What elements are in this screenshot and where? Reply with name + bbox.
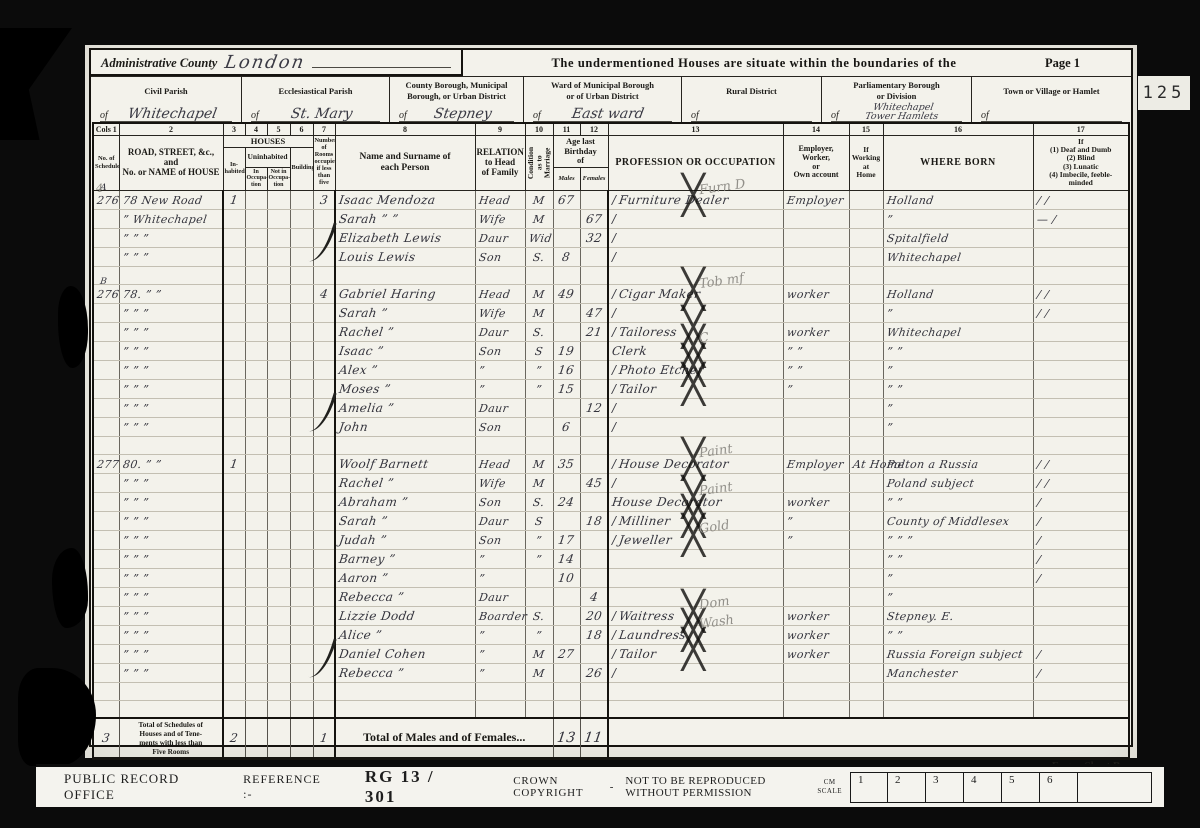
occupation-cell xyxy=(608,568,783,587)
where-born-cell: ” xyxy=(883,209,1033,228)
address-cell: ” ” ” xyxy=(119,473,223,492)
district-value: Whitechapel Tower Hamlets xyxy=(864,103,940,121)
at-home-cell xyxy=(849,700,883,718)
where-born-cell: ” xyxy=(883,398,1033,417)
address-cell xyxy=(119,682,223,700)
condition-cell: M xyxy=(525,284,553,303)
boundaries-text: The undermentioned Houses are situate wi… xyxy=(463,56,1045,71)
at-home-cell xyxy=(849,209,883,228)
empty-cell xyxy=(245,718,267,758)
handwritten-text: Employer xyxy=(786,459,844,470)
handwritten-text: S. xyxy=(532,497,545,508)
rooms-cell xyxy=(313,549,335,568)
district-value-line: ofEast ward xyxy=(533,103,672,122)
district-value-line: ofStepney xyxy=(399,103,514,122)
relation-cell xyxy=(475,436,525,454)
handwritten-text: Stepney. E. xyxy=(886,611,954,622)
building-cell xyxy=(290,700,313,718)
tally-mark: / xyxy=(612,193,616,207)
handwritten-text: M xyxy=(532,308,545,319)
header-rooms: Number of Rooms occupied if less than fi… xyxy=(313,135,335,190)
uninhabited-not-occupied-cell xyxy=(267,568,290,587)
handwritten-text: Photo Etcher xyxy=(618,364,704,376)
uninhabited-occupied-cell xyxy=(245,209,267,228)
age-female-cell xyxy=(580,360,608,379)
inhabited-cell xyxy=(223,682,245,700)
employer-cell: worker xyxy=(783,322,849,341)
relation-cell xyxy=(475,682,525,700)
relation-cell: ” xyxy=(475,549,525,568)
census-row: ” ” ”Rebecca ”Daur4” xyxy=(93,587,1129,606)
infirmity-cell: / / xyxy=(1033,303,1129,322)
where-born-cell: Manchester xyxy=(883,663,1033,682)
handwritten-text: 276 xyxy=(96,195,120,206)
uninhabited-occupied-cell xyxy=(245,190,267,209)
infirmity-cell: / xyxy=(1033,549,1129,568)
totals-females-cell: 11 xyxy=(580,718,608,758)
condition-cell xyxy=(525,700,553,718)
handwritten-text: Rachel ” xyxy=(338,477,395,489)
census-row: ” ” ”Sarah ”DaurS18/Milliner╳”County of … xyxy=(93,511,1129,530)
at-home-cell xyxy=(849,644,883,663)
schedule-number-cell xyxy=(93,417,119,436)
district-field-5: Rural Districtof xyxy=(681,77,821,122)
where-born-cell xyxy=(883,436,1033,454)
inhabited-cell xyxy=(223,606,245,625)
uninhabited-occupied-cell xyxy=(245,266,267,284)
where-born-cell: Holland xyxy=(883,190,1033,209)
totals-rooms-cell: 1 xyxy=(313,718,335,758)
handwritten-text: ” xyxy=(886,403,894,414)
relation-cell: ” xyxy=(475,360,525,379)
condition-cell: ” xyxy=(525,625,553,644)
address-cell: ” ” ” xyxy=(119,568,223,587)
at-home-cell xyxy=(849,682,883,700)
of-prefix: of xyxy=(399,110,407,121)
uninhabited-not-occupied-cell xyxy=(267,360,290,379)
header-where-born: WHERE BORN xyxy=(883,135,1033,190)
occupation-cell: / xyxy=(608,473,783,492)
handwritten-text: 32 xyxy=(585,232,603,244)
inhabited-cell xyxy=(223,284,245,303)
handwritten-text: ” ” xyxy=(886,630,903,641)
handwritten-text: 35 xyxy=(558,458,576,470)
handwritten-text: Lizzie Dodd xyxy=(338,610,416,622)
employer-cell xyxy=(783,266,849,284)
handwritten-text: Sarah ” ” xyxy=(338,213,399,225)
person-name-cell: Sarah ” xyxy=(335,303,475,322)
uninhabited-not-occupied-cell xyxy=(267,284,290,303)
administrative-county-label: Administrative County xyxy=(101,56,217,71)
census-row: ” WhitechapelSarah ” ”WifeM67/”— / xyxy=(93,209,1129,228)
uninhabited-not-occupied-cell xyxy=(267,341,290,360)
building-cell xyxy=(290,266,313,284)
page-number: Page 1 xyxy=(1045,56,1131,71)
at-home-cell xyxy=(849,228,883,247)
handwritten-text: 4 xyxy=(319,288,329,300)
condition-cell: ” xyxy=(525,379,553,398)
inhabited-cell xyxy=(223,473,245,492)
person-name-cell xyxy=(335,266,475,284)
schedule-number-cell xyxy=(93,644,119,663)
schedule-number-cell xyxy=(93,379,119,398)
address-cell: ” ” ” xyxy=(119,379,223,398)
relation-cell: Head xyxy=(475,454,525,473)
handwritten-text: Cigar Maker xyxy=(618,288,701,300)
rooms-cell xyxy=(313,663,335,682)
address-cell: ” ” ” xyxy=(119,398,223,417)
relation-cell: Daur xyxy=(475,398,525,417)
handwritten-text: ” xyxy=(886,592,894,603)
age-female-cell xyxy=(580,417,608,436)
schedule-number-cell xyxy=(93,247,119,266)
schedule-number-cell xyxy=(93,436,119,454)
occupation-cell: /Photo Etcher╳ xyxy=(608,360,783,379)
employer-cell xyxy=(783,398,849,417)
rooms-cell xyxy=(313,322,335,341)
handwritten-text: ” ” ” xyxy=(122,516,149,527)
cm-scale-ruler: 123456 xyxy=(850,772,1152,803)
person-name-cell: Amelia ” xyxy=(335,398,475,417)
uninhabited-occupied-cell xyxy=(245,587,267,606)
occupation-cell: / xyxy=(608,247,783,266)
age-male-cell: 6 xyxy=(553,417,580,436)
inhabited-cell xyxy=(223,417,245,436)
age-female-cell xyxy=(580,266,608,284)
where-born-cell: ” xyxy=(883,587,1033,606)
tally-mark: / xyxy=(612,457,616,471)
handwritten-text: ” ” ” xyxy=(122,327,149,338)
handwritten-text: ” xyxy=(535,630,543,641)
handwritten-text: ” ” ” xyxy=(122,668,149,679)
permission-label: NOT TO BE REPRODUCED WITHOUT PERMISSION xyxy=(625,775,817,799)
person-name-cell: Sarah ” xyxy=(335,511,475,530)
where-born-cell: ” xyxy=(883,417,1033,436)
handwritten-text: Son xyxy=(478,252,502,263)
census-row: ” ” ”Daniel Cohen”M27/Tailor╳workerRussi… xyxy=(93,644,1129,663)
census-row: ” ” ”Abraham ”SonS.24House DecoratorPain… xyxy=(93,492,1129,511)
handwritten-text: 18 xyxy=(585,629,603,641)
handwritten-text: Amelia ” xyxy=(338,402,395,414)
census-table: Cols 1234567891011121314151617 No. of Sc… xyxy=(92,122,1130,760)
address-cell: ” ” ” xyxy=(119,511,223,530)
person-name-cell: Rebecca ” xyxy=(335,587,475,606)
rooms-cell xyxy=(313,266,335,284)
employer-cell: worker xyxy=(783,492,849,511)
at-home-cell xyxy=(849,511,883,530)
person-name-cell: Alex ” xyxy=(335,360,475,379)
column-number: 5 xyxy=(267,123,290,135)
uninhabited-occupied-cell xyxy=(245,625,267,644)
district-field-7: Town or Village or Hamletof xyxy=(971,77,1131,122)
form-header: Administrative County London The underme… xyxy=(91,50,1131,77)
infirmity-cell: / / xyxy=(1033,454,1129,473)
age-male-cell xyxy=(553,209,580,228)
blank-row xyxy=(93,266,1129,284)
handwritten-text: ” ” ” xyxy=(886,535,913,546)
address-cell: 78 New Road xyxy=(119,190,223,209)
relation-cell xyxy=(475,700,525,718)
at-home-cell xyxy=(849,417,883,436)
handwritten-text: M xyxy=(532,214,545,225)
address-cell: ” ” ” xyxy=(119,530,223,549)
age-male-cell xyxy=(553,625,580,644)
scan-artifact xyxy=(52,548,88,628)
age-female-cell: 45 xyxy=(580,473,608,492)
handwritten-text: worker xyxy=(786,649,830,660)
header-profession: PROFESSION OR OCCUPATION xyxy=(608,135,783,190)
census-row: 27780. ” ”1Woolf BarnettHeadM35/House De… xyxy=(93,454,1129,473)
relation-cell: ” xyxy=(475,379,525,398)
age-male-cell: 17 xyxy=(553,530,580,549)
handwritten-text: Laundress xyxy=(618,629,687,641)
relation-cell: Son xyxy=(475,341,525,360)
address-cell: ” ” ” xyxy=(119,644,223,663)
district-value-line: ofWhitechapel xyxy=(100,103,232,122)
uninhabited-not-occupied-cell xyxy=(267,511,290,530)
handwritten-text: Alex ” xyxy=(338,364,378,376)
at-home-cell xyxy=(849,436,883,454)
tally-mark: / xyxy=(612,401,616,415)
at-home-cell: At Home xyxy=(849,454,883,473)
totals-males-cell: 13 xyxy=(553,718,580,758)
handwritten-text: S. xyxy=(532,252,545,263)
infirmity-cell xyxy=(1033,417,1129,436)
where-born-cell: ” ” xyxy=(883,492,1033,511)
infirmity-cell xyxy=(1033,682,1129,700)
relation-cell: Wife xyxy=(475,209,525,228)
occupation-cell: / xyxy=(608,209,783,228)
building-cell xyxy=(290,209,313,228)
relation-cell: Wife xyxy=(475,303,525,322)
age-female-cell xyxy=(580,644,608,663)
person-name-cell: Moses ” xyxy=(335,379,475,398)
handwritten-text: Head xyxy=(478,195,511,206)
occupation-cell xyxy=(608,682,783,700)
rooms-cell xyxy=(313,568,335,587)
infirmity-cell xyxy=(1033,625,1129,644)
header-uninhabited: Uninhabited xyxy=(245,147,290,167)
handwritten-text: Tailor xyxy=(618,383,657,395)
occupation-cell: /Tailor╳ xyxy=(608,644,783,663)
condition-cell: M xyxy=(525,473,553,492)
empty-cell xyxy=(290,718,313,758)
infirmity-cell xyxy=(1033,322,1129,341)
person-name-cell: John xyxy=(335,417,475,436)
occupation-cell xyxy=(608,587,783,606)
handwritten-text: Son xyxy=(478,422,502,433)
handwritten-text: ” ” ” xyxy=(122,308,149,319)
infirmity-cell: / / xyxy=(1033,473,1129,492)
age-male-cell: 67 xyxy=(553,190,580,209)
age-male-cell xyxy=(553,587,580,606)
of-prefix: of xyxy=(831,110,839,121)
inhabited-cell xyxy=(223,228,245,247)
employer-cell xyxy=(783,436,849,454)
census-table-header: Cols 1234567891011121314151617 No. of Sc… xyxy=(93,123,1129,190)
header-in-occupation: In Occupa- tion xyxy=(245,167,267,190)
handwritten-text: Abraham ” xyxy=(338,496,409,508)
where-born-cell xyxy=(883,700,1033,718)
handwritten-text: ” xyxy=(535,365,543,376)
address-cell: ” ” ” xyxy=(119,625,223,644)
relation-cell: Daur xyxy=(475,228,525,247)
employer-cell xyxy=(783,568,849,587)
header-name: Name and Surname of each Person xyxy=(335,135,475,190)
totals-houses-cell: 2 xyxy=(223,718,245,758)
handwritten-text: ” xyxy=(478,365,486,376)
column-number: Cols 1 xyxy=(93,123,119,135)
handwritten-text: Head xyxy=(478,289,511,300)
tally-mark: / xyxy=(612,363,616,377)
rooms-cell xyxy=(313,682,335,700)
handwritten-total-schedules: 3 xyxy=(101,732,111,744)
handwritten-text: 67 xyxy=(585,213,603,225)
handwritten-text: 1 xyxy=(229,458,239,470)
handwritten-text: 10 xyxy=(558,572,576,584)
schedule-number-cell xyxy=(93,341,119,360)
column-number: 15 xyxy=(849,123,883,135)
uninhabited-not-occupied-cell xyxy=(267,436,290,454)
building-cell xyxy=(290,398,313,417)
uninhabited-occupied-cell xyxy=(245,417,267,436)
uninhabited-not-occupied-cell xyxy=(267,644,290,663)
at-home-cell xyxy=(849,473,883,492)
occupation-cell: / xyxy=(608,398,783,417)
uninhabited-occupied-cell xyxy=(245,303,267,322)
age-male-cell xyxy=(553,700,580,718)
age-female-cell xyxy=(580,379,608,398)
age-male-cell xyxy=(553,398,580,417)
uninhabited-not-occupied-cell xyxy=(267,700,290,718)
census-row: ” ” ”Judah ”Son”17/JewellerGold╳”” ” ”/ xyxy=(93,530,1129,549)
age-female-cell: 18 xyxy=(580,625,608,644)
handwritten-text: ” xyxy=(786,516,794,527)
inhabited-cell xyxy=(223,644,245,663)
condition-cell: M xyxy=(525,644,553,663)
address-cell: ” ” ” xyxy=(119,228,223,247)
uninhabited-not-occupied-cell xyxy=(267,303,290,322)
tally-mark: / xyxy=(612,231,616,245)
column-number: 17 xyxy=(1033,123,1129,135)
tally-mark: / xyxy=(612,212,616,226)
where-born-cell: ” ” xyxy=(883,341,1033,360)
address-cell: ” ” ” xyxy=(119,663,223,682)
handwritten-text: Whitechapel xyxy=(886,252,962,263)
where-born-cell: Stepney. E. xyxy=(883,606,1033,625)
handwritten-text: Manchester xyxy=(886,668,958,679)
handwritten-text: 8 xyxy=(562,251,572,263)
tally-mark: / xyxy=(612,628,616,642)
header-inhabited: In- habited xyxy=(223,147,245,190)
address-cell: ” ” ” xyxy=(119,492,223,511)
schedule-number-cell xyxy=(93,228,119,247)
address-cell: 80. ” ” xyxy=(119,454,223,473)
uninhabited-not-occupied-cell xyxy=(267,587,290,606)
census-row: ” ” ”Alice ”””18/LaundressWash╳worker” ” xyxy=(93,625,1129,644)
schedule-number-cell xyxy=(93,209,119,228)
blank-row xyxy=(93,436,1129,454)
header-relation: RELATION to Head of Family xyxy=(475,135,525,190)
age-male-cell xyxy=(553,322,580,341)
at-home-cell xyxy=(849,663,883,682)
tally-mark: / xyxy=(1036,535,1042,546)
inhabited-cell xyxy=(223,209,245,228)
handwritten-text: Barney ” xyxy=(338,553,396,565)
address-cell: ” ” ” xyxy=(119,322,223,341)
handwritten-text: Wid xyxy=(528,233,552,244)
relation-cell: Son xyxy=(475,247,525,266)
header-infirmity: If (1) Deaf and Dumb (2) Blind (3) Lunat… xyxy=(1033,135,1129,190)
employer-cell: worker xyxy=(783,644,849,663)
header-employer: Employer, Worker, or Own account xyxy=(783,135,849,190)
schedule-number-cell xyxy=(93,530,119,549)
age-female-cell: 20 xyxy=(580,606,608,625)
handwritten-text: Judah ” xyxy=(338,534,388,546)
column-number: 6 xyxy=(290,123,313,135)
age-female-cell xyxy=(580,190,608,209)
header-not-in-occupation: Not in Occupa- tion xyxy=(267,167,290,190)
handwritten-text: 20 xyxy=(585,610,603,622)
condition-cell: M xyxy=(525,190,553,209)
schedule-number-cell xyxy=(93,322,119,341)
occupation-cell: / xyxy=(608,303,783,322)
handwritten-text: ” xyxy=(535,384,543,395)
district-field-4: Ward of Municipal Borough or of Urban Di… xyxy=(523,77,681,122)
schedule-number-cell xyxy=(93,625,119,644)
person-name-cell: Isaac Mendoza xyxy=(335,190,475,209)
handwritten-text: Tailoress xyxy=(618,326,678,338)
handwritten-text: Wife xyxy=(478,478,506,489)
uninhabited-not-occupied-cell xyxy=(267,625,290,644)
occupation-cell xyxy=(608,700,783,718)
district-label: Civil Parish xyxy=(91,77,241,103)
building-cell xyxy=(290,511,313,530)
uninhabited-not-occupied-cell xyxy=(267,417,290,436)
relation-cell: ” xyxy=(475,625,525,644)
condition-cell: S. xyxy=(525,247,553,266)
tally-mark: / xyxy=(612,476,616,490)
rooms-cell xyxy=(313,341,335,360)
inhabited-cell xyxy=(223,663,245,682)
where-born-cell xyxy=(883,682,1033,700)
where-born-cell: ” ” xyxy=(883,549,1033,568)
person-name-cell: Gabriel Haring xyxy=(335,284,475,303)
handwritten-text: worker xyxy=(786,327,830,338)
employer-cell: worker xyxy=(783,606,849,625)
rooms-cell xyxy=(313,247,335,266)
schedule-number-cell xyxy=(93,700,119,718)
ruler-end xyxy=(1078,772,1152,803)
occupation-cell xyxy=(608,266,783,284)
handwritten-text: Clerk xyxy=(611,345,648,357)
age-male-cell xyxy=(553,436,580,454)
age-female-cell: 12 xyxy=(580,398,608,417)
handwritten-text: 276 xyxy=(96,289,120,300)
age-female-cell xyxy=(580,436,608,454)
uninhabited-occupied-cell xyxy=(245,247,267,266)
census-form: Administrative County London The underme… xyxy=(89,48,1133,747)
handwritten-text: 19 xyxy=(558,345,576,357)
rooms-cell xyxy=(313,492,335,511)
scanned-census-page: Administrative County London The underme… xyxy=(0,0,1200,828)
handwritten-text: M xyxy=(532,478,545,489)
handwritten-text: ” xyxy=(478,573,486,584)
inhabited-cell xyxy=(223,360,245,379)
employer-cell: worker xyxy=(783,284,849,303)
handwritten-text: Rachel ” xyxy=(338,326,395,338)
column-number: 4 xyxy=(245,123,267,135)
